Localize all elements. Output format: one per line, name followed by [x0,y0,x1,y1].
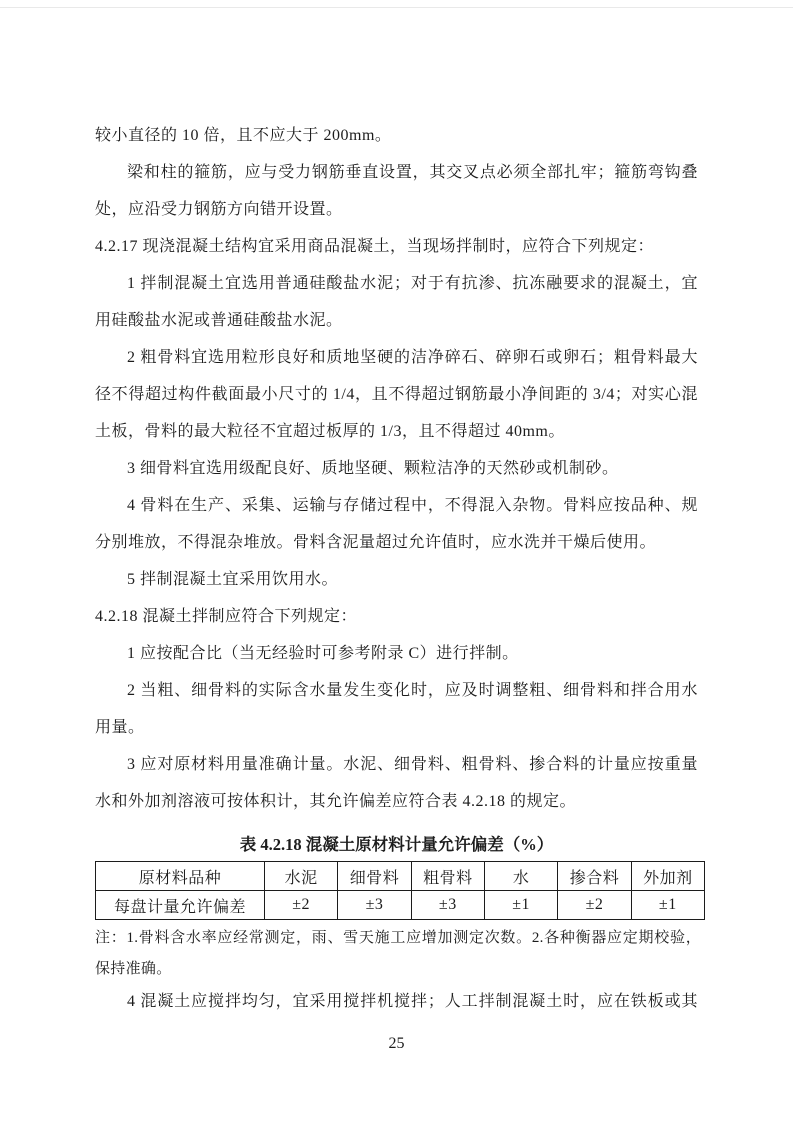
table-header-cell: 细骨料 [338,862,411,891]
text-line: 水和外加剂溶液可按体积计，其允许偏差应符合表 4.2.18 的规定。 [95,783,698,820]
scan-edge-line [0,7,793,8]
text-line: 土板，骨料的最大粒径不宜超过板厚的 1/3，且不得超过 40mm。 [95,413,698,450]
table-cell: ±2 [265,891,338,920]
table-cell: ±2 [558,891,631,920]
table-notes: 注：1.骨料含水率应经常测定，雨、雪天施工应增加测定次数。2.各种衡器应定期校验… [95,923,701,985]
deviation-table: 原材料品种 水泥 细骨料 粗骨料 水 掺合料 外加剂 每盘计量允许偏差 ±2 ±… [95,861,705,920]
table-header-cell: 掺合料 [558,862,631,891]
document-page: 较小直径的 10 倍，且不应大于 200mm。 梁和柱的箍筋，应与受力钢筋垂直设… [0,0,793,1122]
text-line: 处，应沿受力钢筋方向错开设置。 [95,191,698,228]
table-note-line: 注：1.骨料含水率应经常测定，雨、雪天施工应增加测定次数。2.各种衡器应定期校验… [95,923,701,954]
body-text: 较小直径的 10 倍，且不应大于 200mm。 梁和柱的箍筋，应与受力钢筋垂直设… [95,117,698,820]
text-line: 梁和柱的箍筋，应与受力钢筋垂直设置，其交叉点必须全部扎牢；箍筋弯钩叠合 [95,154,698,191]
clause-4-2-17-heading: 4.2.17 现浇混凝土结构宜采用商品混凝土，当现场拌制时，应符合下列规定： [95,228,698,265]
text-line: 用硅酸盐水泥或普通硅酸盐水泥。 [95,302,698,339]
text-line: 较小直径的 10 倍，且不应大于 200mm。 [95,117,698,154]
table-header-cell: 水 [484,862,557,891]
text-line: 5 拌制混凝土宜采用饮用水。 [95,561,698,598]
table-cell: ±3 [411,891,484,920]
table-row-label: 每盘计量允许偏差 [96,891,265,920]
text-line: 1 应按配合比（当无经验时可参考附录 C）进行拌制。 [95,635,698,672]
table-header-cell: 水泥 [265,862,338,891]
table-cell: ±1 [484,891,557,920]
text-line: 用量。 [95,709,698,746]
table-cell: ±1 [631,891,704,920]
text-line: 3 应对原材料用量准确计量。水泥、细骨料、粗骨料、掺合料的计量应按重量计， [95,746,698,783]
table-note-line: 保持准确。 [95,954,701,985]
text-line: 2 当粗、细骨料的实际含水量发生变化时，应及时调整粗、细骨料和拌合用水的 [95,672,698,709]
text-line: 2 粗骨料宜选用粒形良好和质地坚硬的洁净碎石、碎卵石或卵石；粗骨料最大粒 [95,339,698,376]
text-line: 1 拌制混凝土宜选用普通硅酸盐水泥；对于有抗渗、抗冻融要求的混凝土，宜选 [95,265,698,302]
clause-4-2-18-heading: 4.2.18 混凝土拌制应符合下列规定： [95,598,698,635]
table-header-cell: 原材料品种 [96,862,265,891]
after-table-text: 4 混凝土应搅拌均匀，宜采用搅拌机搅拌；人工拌制混凝土时，应在铁板或其他 [95,983,698,1020]
table-header-row: 原材料品种 水泥 细骨料 粗骨料 水 掺合料 外加剂 [96,862,705,891]
text-line: 分别堆放，不得混杂堆放。骨料含泥量超过允许值时，应水洗并干燥后使用。 [95,524,698,561]
table-title: 表 4.2.18 混凝土原材料计量允许偏差（%） [95,832,698,858]
table-header-cell: 粗骨料 [411,862,484,891]
text-line: 4 骨料在生产、采集、运输与存储过程中，不得混入杂物。骨料应按品种、规格 [95,487,698,524]
table-header-cell: 外加剂 [631,862,704,891]
text-line: 4 混凝土应搅拌均匀，宜采用搅拌机搅拌；人工拌制混凝土时，应在铁板或其他 [95,983,698,1020]
page-number: 25 [0,1032,793,1056]
text-line: 径不得超过构件截面最小尺寸的 1/4，且不得超过钢筋最小净间距的 3/4；对实心… [95,376,698,413]
text-line: 3 细骨料宜选用级配良好、质地坚硬、颗粒洁净的天然砂或机制砂。 [95,450,698,487]
table-cell: ±3 [338,891,411,920]
table-row: 每盘计量允许偏差 ±2 ±3 ±3 ±1 ±2 ±1 [96,891,705,920]
